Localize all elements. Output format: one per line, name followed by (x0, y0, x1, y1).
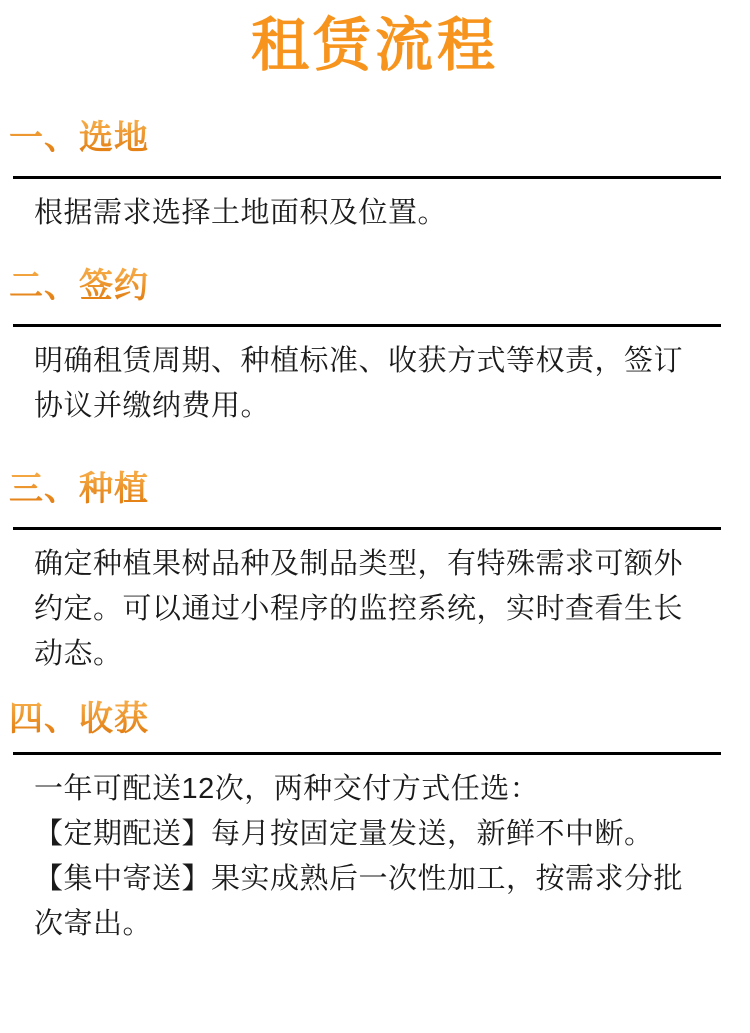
section-heading-sign-contract: 二、签约 (0, 266, 149, 306)
section-divider (13, 752, 721, 755)
rental-process-page: 租赁流程 一、选地 根据需求选择土地面积及位置。 二、签约 明确租赁周期、种植标… (0, 0, 750, 1033)
section-body-select-land: 根据需求选择土地面积及位置。 (34, 191, 720, 236)
section-heading-harvest: 四、收获 (0, 699, 149, 739)
section-heading-planting: 三、种植 (0, 469, 149, 509)
section-planting: 三、种植 确定种植果树品种及制品类型，有特殊需求可额外 约定。可以通过小程序的监… (0, 469, 750, 677)
section-divider (13, 527, 721, 530)
section-heading-select-land: 一、选地 (0, 118, 149, 158)
page-title: 租赁流程 (0, 12, 750, 80)
section-harvest: 四、收获 一年可配送12次，两种交付方式任选： 【定期配送】每月按固定量发送，新… (0, 699, 750, 947)
section-body-planting: 确定种植果树品种及制品类型，有特殊需求可额外 约定。可以通过小程序的监控系统，实… (34, 542, 720, 677)
section-select-land: 一、选地 根据需求选择土地面积及位置。 (0, 118, 750, 236)
section-body-sign-contract: 明确租赁周期、种植标准、收获方式等权责，签订 协议并缴纳费用。 (34, 339, 720, 429)
section-divider (13, 176, 721, 179)
section-divider (13, 324, 721, 327)
section-sign-contract: 二、签约 明确租赁周期、种植标准、收获方式等权责，签订 协议并缴纳费用。 (0, 266, 750, 429)
section-body-harvest: 一年可配送12次，两种交付方式任选： 【定期配送】每月按固定量发送，新鲜不中断。… (34, 767, 720, 947)
